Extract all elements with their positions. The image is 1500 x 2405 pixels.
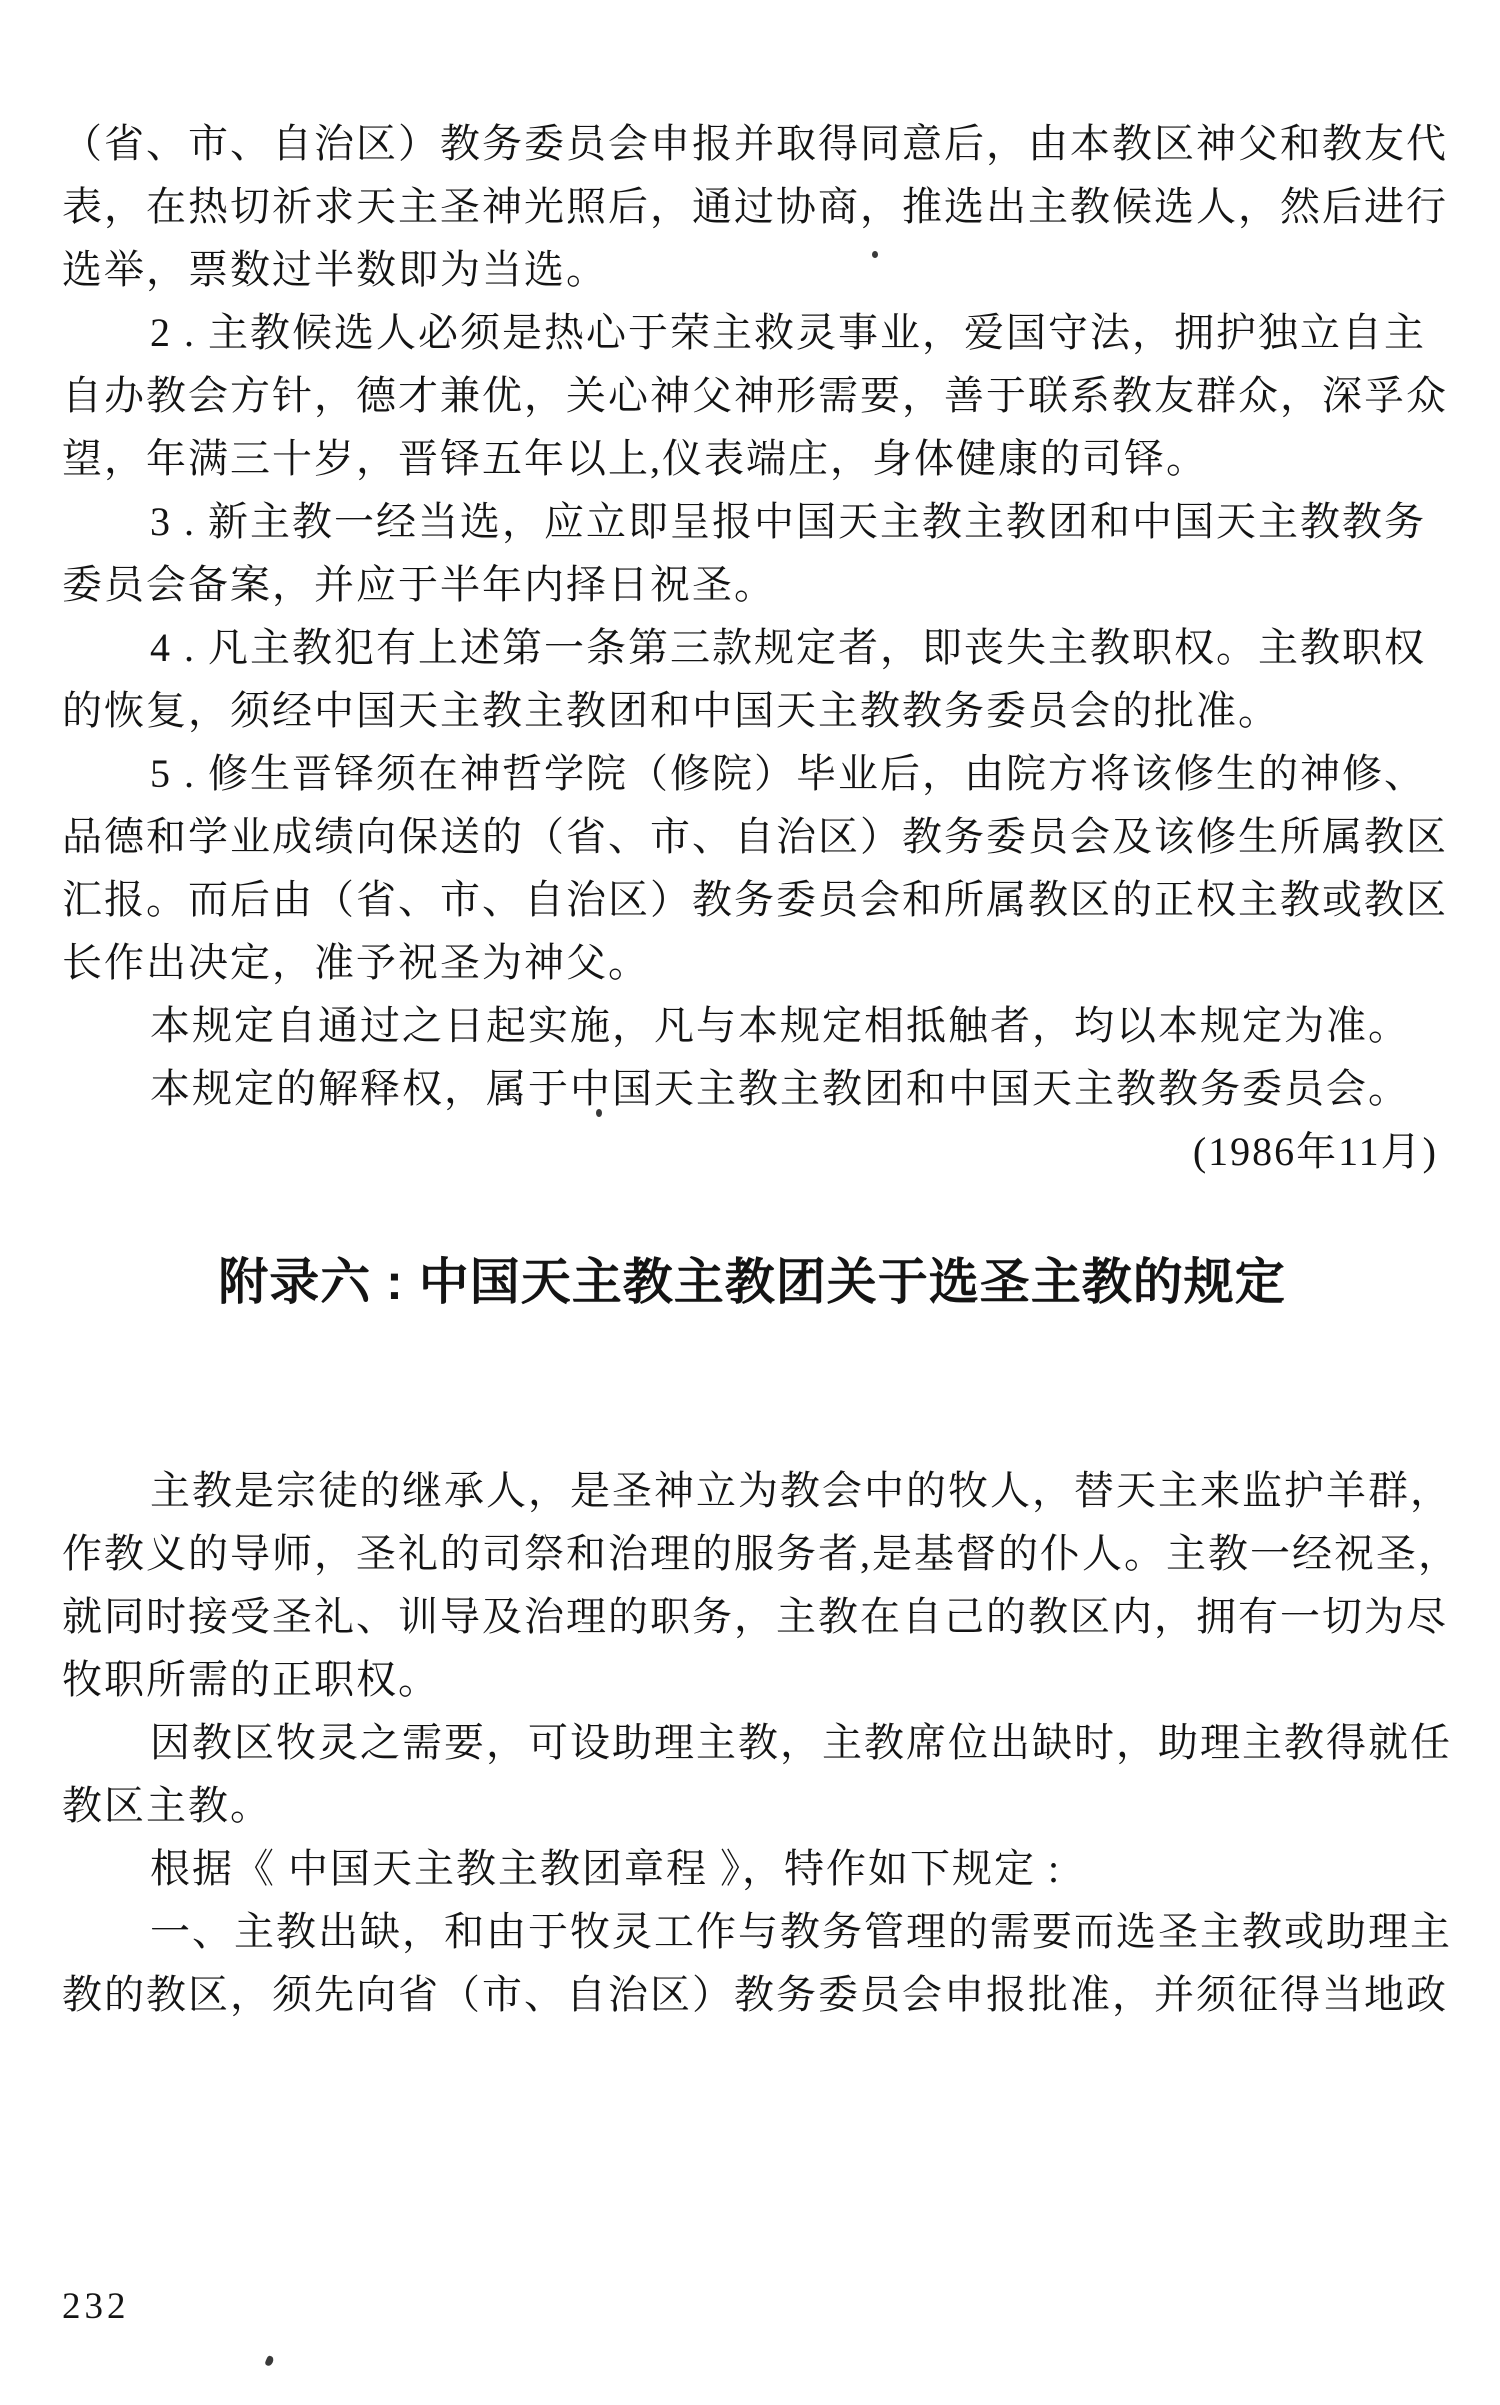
text-line: 主教是宗徒的继承人，是圣神立为教会中的牧人，替天主来监护羊群， <box>62 1459 1442 1522</box>
text-line: 表，在热切祈求天主圣神光照后，通过协商，推选出主教候选人，然后进行 <box>62 175 1442 238</box>
section-preceding-regulations: （省、市、自治区）教务委员会申报并取得同意后，由本教区神父和教友代表，在热切祈求… <box>62 112 1442 1120</box>
text-line: 本规定的解释权，属于中国天主教主教团和中国天主教教务委员会。 <box>62 1057 1442 1120</box>
text-line: 牧职所需的正职权。 <box>62 1648 1442 1711</box>
text-line: 因教区牧灵之需要，可设助理主教，主教席位出缺时，助理主教得就任 <box>62 1711 1442 1774</box>
text-line: 3 . 新主教一经当选，应立即呈报中国天主教主教团和中国天主教教务 <box>62 490 1442 553</box>
text-line: 汇报。而后由（省、市、自治区）教务委员会和所属教区的正权主教或教区 <box>62 868 1442 931</box>
text-line: 望，年满三十岁，晋铎五年以上,仪表端庄，身体健康的司铎。 <box>62 427 1442 490</box>
text-line: 5 . 修生晋铎须在神哲学院（修院）毕业后，由院方将该修生的神修、 <box>62 742 1442 805</box>
text-line: 长作出决定，准予祝圣为神父。 <box>62 931 1442 994</box>
page-number: 232 <box>62 2285 130 2329</box>
text-line: 2 . 主教候选人必须是热心于荣主救灵事业，爱国守法，拥护独立自主 <box>62 301 1442 364</box>
scan-speck <box>264 2355 274 2367</box>
text-line: 就同时接受圣礼、训导及治理的职务，主教在自己的教区内，拥有一切为尽 <box>62 1585 1442 1648</box>
text-line: 一、主教出缺，和由于牧灵工作与教务管理的需要而选圣主教或助理主 <box>62 1900 1442 1963</box>
text-line: 品德和学业成绩向保送的（省、市、自治区）教务委员会及该修生所属教区 <box>62 805 1442 868</box>
text-line: 教的教区，须先向省（市、自治区）教务委员会申报批准，并须征得当地政 <box>62 1963 1442 2026</box>
date-line: (1986年11月) <box>62 1120 1442 1183</box>
text-line: 根据《 中国天主教主教团章程 》，特作如下规定 : <box>62 1837 1442 1900</box>
text-line: 委员会备案，并应于半年内择日祝圣。 <box>62 553 1442 616</box>
text-line: 作教义的导师，圣礼的司祭和治理的服务者,是基督的仆人。主教一经祝圣， <box>62 1522 1442 1585</box>
appendix-heading: 附录六 : 中国天主教主教团关于选圣主教的规定 <box>62 1247 1442 1317</box>
section-bishop-election-regulations: 主教是宗徒的继承人，是圣神立为教会中的牧人，替天主来监护羊群，作教义的导师，圣礼… <box>62 1459 1442 2026</box>
document-body: （省、市、自治区）教务委员会申报并取得同意后，由本教区神父和教友代表，在热切祈求… <box>62 112 1442 2026</box>
text-line: （省、市、自治区）教务委员会申报并取得同意后，由本教区神父和教友代 <box>62 112 1442 175</box>
text-line: 的恢复，须经中国天主教主教团和中国天主教教务委员会的批准。 <box>62 679 1442 742</box>
text-line: 4 . 凡主教犯有上述第一条第三款规定者，即丧失主教职权。主教职权 <box>62 616 1442 679</box>
scan-speck <box>872 251 878 258</box>
text-line: 选举，票数过半数即为当选。 <box>62 238 1442 301</box>
text-line: 教区主教。 <box>62 1774 1442 1837</box>
scan-speck <box>596 1109 602 1117</box>
scanned-book-page: （省、市、自治区）教务委员会申报并取得同意后，由本教区神父和教友代表，在热切祈求… <box>0 0 1500 2405</box>
text-line: 本规定自通过之日起实施，凡与本规定相抵触者，均以本规定为准。 <box>62 994 1442 1057</box>
text-line: 自办教会方针，德才兼优，关心神父神形需要，善于联系教友群众，深孚众 <box>62 364 1442 427</box>
